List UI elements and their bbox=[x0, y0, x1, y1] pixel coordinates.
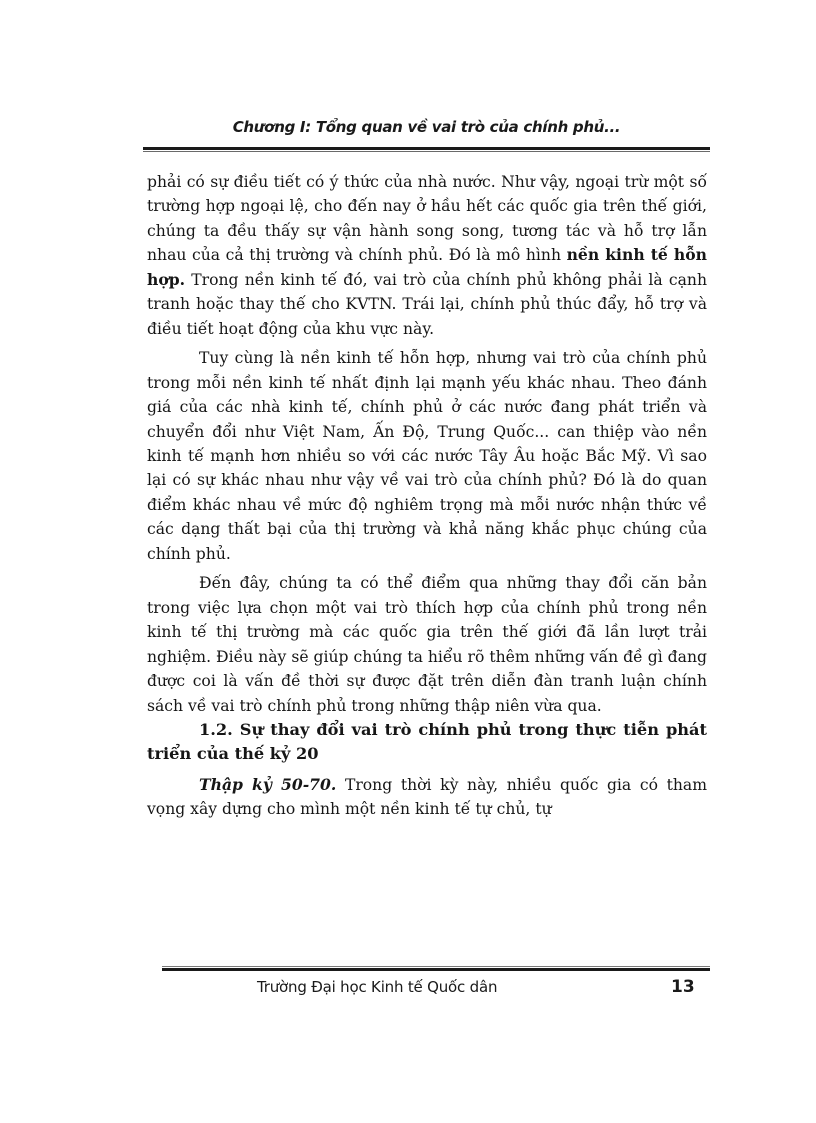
section-heading: 1.2. Sự thay đổi vai trò chính phủ trong… bbox=[147, 718, 707, 767]
paragraph-1: phải có sự điều tiết có ý thức của nhà n… bbox=[147, 170, 707, 341]
page-body: phải có sự điều tiết có ý thức của nhà n… bbox=[147, 170, 707, 822]
page-number: 13 bbox=[671, 977, 695, 997]
footer-rule bbox=[162, 968, 710, 971]
paragraph-3: Đến đây, chúng ta có thể điểm qua những … bbox=[147, 571, 707, 718]
paragraph-4-lead: Thập kỷ 50-70. bbox=[199, 775, 336, 794]
paragraph-2: Tuy cùng là nền kinh tế hỗn hợp, nhưng v… bbox=[147, 346, 707, 566]
footer-institution: Trường Đại học Kinh tế Quốc dân bbox=[257, 978, 497, 996]
paragraph-1-text-b: Trong nền kinh tế đó, vai trò của chính … bbox=[147, 271, 707, 338]
header-rule bbox=[143, 147, 710, 150]
paragraph-4: Thập kỷ 50-70. Trong thời kỳ này, nhiều … bbox=[147, 773, 707, 822]
running-header-title: Chương I: Tổng quan về vai trò của chính… bbox=[143, 118, 710, 136]
